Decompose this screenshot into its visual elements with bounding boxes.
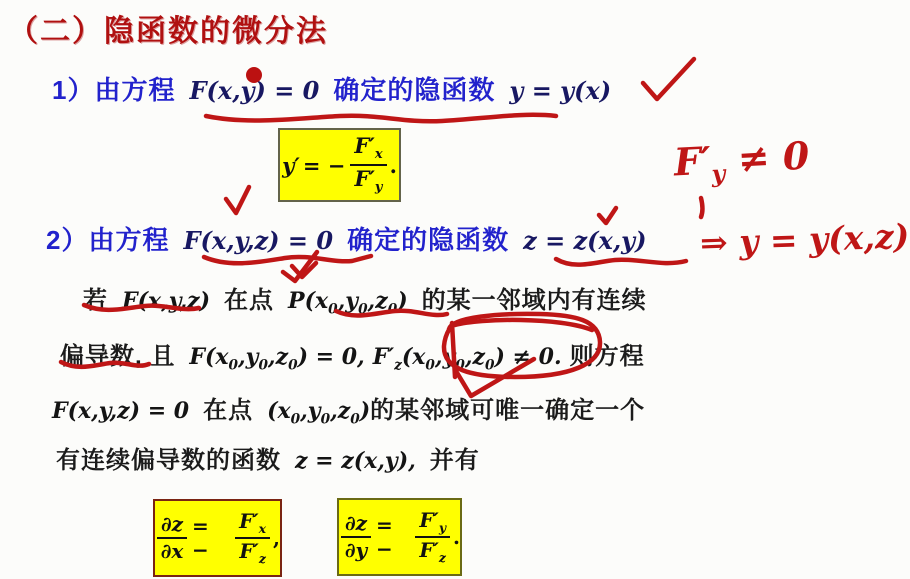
body-line-c: F(x,y,z) = 0 在点 (x0,y0,z0) 的某邻域可唯一确定一个 <box>52 390 645 427</box>
tick-mark <box>701 198 703 217</box>
underline-section2-equation <box>204 256 371 263</box>
line-c-text1: 在点 <box>203 390 253 425</box>
handwritten-fy-nonzero: F′y ≠ 0 <box>673 132 811 190</box>
formula-dzdy-fraction: F′y F′z <box>415 509 450 566</box>
section2-text-after: 确定的隐函数 <box>347 220 509 257</box>
formula-box-dzdy: ∂z ∂y = − F′y F′z . <box>337 498 462 576</box>
formula-dzdx-lhs-den: ∂x <box>161 539 184 563</box>
line-a-text3: 的某一邻域内有连续 <box>422 280 647 315</box>
section1-text-before: 由方程 <box>94 70 175 107</box>
underline-z-function <box>556 259 686 265</box>
lecture-slide: （二）隐函数的微分法 1） 由方程 F(x,y) = 0 确定的隐函数 y = … <box>0 0 910 579</box>
section2-text-before: 由方程 <box>88 220 169 257</box>
line-b-math2: F′z(x0,y0,z0) ≠ 0. <box>373 344 562 373</box>
line-a-math2: P(x0,y0,z0) <box>288 288 408 317</box>
formula-dzdy-lhs-num: ∂z <box>341 512 371 538</box>
checkmark-above-P <box>292 263 316 277</box>
line-b-math1: F(x0,y0,z0) = 0, <box>189 344 364 373</box>
line-a-math1: F(x,y,z) <box>122 288 210 314</box>
line-c-text2: 的某邻域可唯一确定一个 <box>370 390 645 425</box>
section1-function: y = y(x) <box>509 76 611 105</box>
line-c-math2: (x0,y0,z0) <box>267 398 370 427</box>
formula-dzdy-eq: = − <box>376 513 410 561</box>
section2-function: z = z(x,y) <box>523 226 646 255</box>
body-line-a: 若 F(x,y,z) 在点 P(x0,y0,z0) 的某一邻域内有连续 <box>83 280 647 317</box>
circle-inner-arc <box>455 320 592 330</box>
section1-equation: F(x,y) = 0 <box>189 76 319 105</box>
section1-heading: 1） 由方程 F(x,y) = 0 确定的隐函数 y = y(x) <box>52 70 611 107</box>
line-d-text2: 并有 <box>430 440 480 475</box>
formula-dzdx-lhs: ∂z ∂x <box>157 513 187 563</box>
line-b-text2: 则方程 <box>570 336 645 371</box>
body-line-d: 有连续偏导数的函数 z = z(x,y), 并有 <box>56 440 480 475</box>
section2-equation: F(x,y,z) = 0 <box>183 226 333 255</box>
formula-box-dzdx: ∂z ∂x = − F′x F′z , <box>153 499 282 577</box>
section2-heading: 2） 由方程 F(x,y,z) = 0 确定的隐函数 z = z(x,y) <box>46 220 646 257</box>
section2-number: 2） <box>46 220 88 257</box>
formula-dy-trail: . <box>390 153 397 178</box>
underline-section1-equation <box>206 115 556 122</box>
formula-dy-fraction: F′x F′y <box>350 134 386 196</box>
formula-dzdy-lhs-den: ∂y <box>345 538 367 562</box>
formula-dzdx-denominator: F′z <box>239 539 266 566</box>
formula-dzdy-trail: . <box>453 525 460 549</box>
formula-dy-numerator: F′x <box>350 134 386 166</box>
formula-dzdx-numerator: F′x <box>235 510 270 539</box>
formula-dzdx-fraction: F′x F′z <box>235 510 270 567</box>
section1-number: 1） <box>52 70 94 107</box>
line-c-math1: F(x,y,z) = 0 <box>52 398 189 424</box>
formula-dy-denominator: F′y <box>354 166 382 196</box>
formula-dzdy-lhs: ∂z ∂y <box>341 512 371 562</box>
formula-dzdy-denominator: F′z <box>419 538 446 565</box>
line-a-text2: 在点 <box>224 280 274 315</box>
line-b-text1: 偏导数, 且 <box>60 336 175 371</box>
line-a-text1: 若 <box>83 280 108 315</box>
slide-title: （二）隐函数的微分法 <box>8 6 328 50</box>
checkmark-section2-equation <box>226 187 249 213</box>
formula-dy-eq: = − <box>303 153 346 178</box>
formula-dy-lhs: y′ <box>282 153 300 178</box>
handwritten-implies-y-xz: ⇒ y = y(x,z) <box>699 216 909 262</box>
body-line-b: 偏导数, 且 F(x0,y0,z0) = 0, F′z(x0,y0,z0) ≠ … <box>60 336 645 373</box>
formula-dzdx-lhs-num: ∂z <box>157 513 187 539</box>
formula-dzdx-eq: = − <box>192 514 230 562</box>
section1-text-after: 确定的隐函数 <box>333 70 495 107</box>
checkmark-section1 <box>643 59 694 99</box>
formula-dzdy-numerator: F′y <box>415 509 450 538</box>
formula-box-dy: y′ = − F′x F′y . <box>278 128 401 202</box>
line-d-text1: 有连续偏导数的函数 <box>56 440 281 475</box>
line-d-math1: z = z(x,y), <box>295 448 416 474</box>
formula-dzdx-trail: , <box>273 526 280 550</box>
